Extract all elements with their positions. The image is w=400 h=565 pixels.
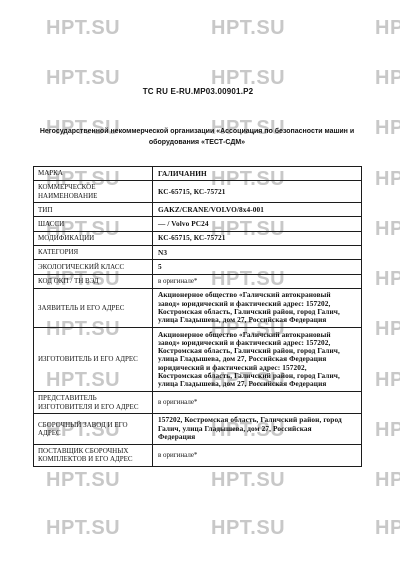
row-value: ГАЛИЧАНИН	[153, 167, 362, 181]
row-value: — / Volvo PC24	[153, 217, 362, 231]
row-label: ИЗГОТОВИТЕЛЬ И ЕГО АДРЕС	[34, 328, 153, 392]
table-row: СБОРОЧНЫЙ ЗАВОД И ЕГО АДРЕС157202, Костр…	[34, 413, 362, 444]
table-row: КАТЕГОРИЯN3	[34, 246, 362, 260]
row-value: в оригинале*	[153, 444, 362, 466]
row-label: МОДИФИКАЦИИ	[34, 231, 153, 245]
row-value: в оригинале*	[153, 274, 362, 288]
table-row: МАРКАГАЛИЧАНИН	[34, 167, 362, 181]
certification-organization-text: Негосударственной некоммерческой организ…	[21, 126, 373, 148]
row-label: КОММЕРЧЕСКОЕ НАИМЕНОВАНИЕ	[34, 181, 153, 203]
table-row: ЭКОЛОГИЧЕСКИЙ КЛАСС5	[34, 260, 362, 274]
certificate-content: TC RU E-RU.MP03.00901.P2 Негосударственн…	[0, 0, 400, 565]
row-value: КС-65715, КС-75721	[153, 231, 362, 245]
row-label: СБОРОЧНЫЙ ЗАВОД И ЕГО АДРЕС	[34, 413, 153, 444]
row-value: GAKZ/CRANE/VOLVO/8x4-001	[153, 203, 362, 217]
row-value: в оригинале*	[153, 392, 362, 414]
row-value: Акционерное общество «Галичский автокран…	[153, 288, 362, 327]
document-page: HPT.SUHPT.SUHPT.SUHPT.SUHPT.SUHPT.SUHPT.…	[0, 0, 400, 565]
row-label: ПОСТАВЩИК СБОРОЧНЫХ КОМПЛЕКТОВ И ЕГО АДР…	[34, 444, 153, 466]
table-row: КОД ОКП / ТН ВЭДв оригинале*	[34, 274, 362, 288]
row-label: МАРКА	[34, 167, 153, 181]
vehicle-approval-table: МАРКАГАЛИЧАНИНКОММЕРЧЕСКОЕ НАИМЕНОВАНИЕК…	[33, 166, 362, 467]
row-value: 157202, Костромская область, Галичский р…	[153, 413, 362, 444]
row-label: КОД ОКП / ТН ВЭД	[34, 274, 153, 288]
row-label: ЗАЯВИТЕЛЬ И ЕГО АДРЕС	[34, 288, 153, 327]
table-row: ПОСТАВЩИК СБОРОЧНЫХ КОМПЛЕКТОВ И ЕГО АДР…	[34, 444, 362, 466]
table-row: МОДИФИКАЦИИКС-65715, КС-75721	[34, 231, 362, 245]
row-label: ПРЕДСТАВИТЕЛЬ ИЗГОТОВИТЕЛЯ И ЕГО АДРЕС	[34, 392, 153, 414]
table-row: КОММЕРЧЕСКОЕ НАИМЕНОВАНИЕКС-65715, КС-75…	[34, 181, 362, 203]
table-row: ШАССИ— / Volvo PC24	[34, 217, 362, 231]
row-label: ШАССИ	[34, 217, 153, 231]
row-value: N3	[153, 246, 362, 260]
row-value: 5	[153, 260, 362, 274]
table-row: ИЗГОТОВИТЕЛЬ И ЕГО АДРЕСАкционерное обще…	[34, 328, 362, 392]
approval-number: TC RU E-RU.MP03.00901.P2	[0, 87, 396, 96]
row-value: КС-65715, КС-75721	[153, 181, 362, 203]
table-row: ЗАЯВИТЕЛЬ И ЕГО АДРЕСАкционерное обществ…	[34, 288, 362, 327]
table-row: ТИПGAKZ/CRANE/VOLVO/8x4-001	[34, 203, 362, 217]
row-value: Акционерное общество «Галичский автокран…	[153, 328, 362, 392]
approval-table-body: МАРКАГАЛИЧАНИНКОММЕРЧЕСКОЕ НАИМЕНОВАНИЕК…	[34, 167, 362, 467]
row-label: КАТЕГОРИЯ	[34, 246, 153, 260]
row-label: ЭКОЛОГИЧЕСКИЙ КЛАСС	[34, 260, 153, 274]
table-row: ПРЕДСТАВИТЕЛЬ ИЗГОТОВИТЕЛЯ И ЕГО АДРЕСв …	[34, 392, 362, 414]
row-label: ТИП	[34, 203, 153, 217]
